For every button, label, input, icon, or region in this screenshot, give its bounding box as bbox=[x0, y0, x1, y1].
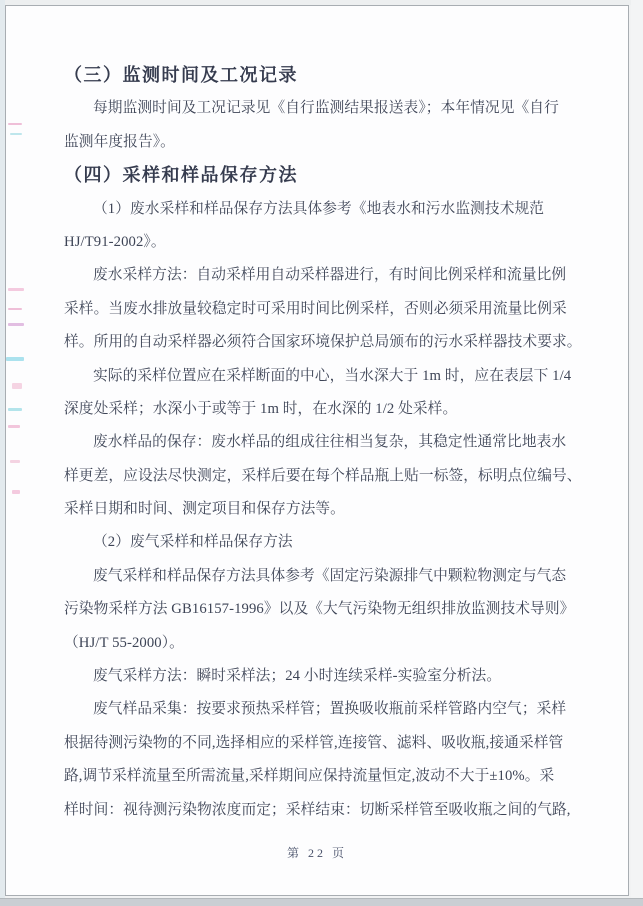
text-line: （1）废水采样和样品保存方法具体参考《地表水和污水监测技术规范 bbox=[64, 193, 584, 226]
section-heading: （三）监测时间及工况记录 bbox=[64, 59, 584, 92]
page-number: 第 22 页 bbox=[6, 844, 628, 861]
text-line: 废水样品的保存：废水样品的组成往往相当复杂，其稳定性通常比地表水 bbox=[64, 426, 584, 459]
scan-artifact bbox=[10, 133, 22, 135]
scan-artifact bbox=[8, 425, 20, 428]
text-line: （HJ/T 55-2000）。 bbox=[64, 627, 584, 660]
text-line: 根据待测污染物的不同,选择相应的采样管,连接管、滤料、吸收瓶,接通采样管 bbox=[64, 727, 584, 760]
scan-artifact bbox=[8, 323, 24, 326]
text-line: （2）废气采样和样品保存方法 bbox=[64, 526, 584, 559]
text-line: 采样日期和时间、测定项目和保存方法等。 bbox=[64, 493, 584, 526]
text-line: 样时间：视待测污染物浓度而定；采样结束：切断采样管至吸收瓶之间的气路, bbox=[64, 794, 584, 827]
text-line: HJ/T91-2002》。 bbox=[64, 226, 584, 259]
scan-artifact bbox=[8, 123, 22, 125]
scanned-document-screenshot: { "page": { "background": "#fdfdfe", "te… bbox=[0, 0, 643, 906]
text-line: 废气采样方法：瞬时采样法；24 小时连续采样-实验室分析法。 bbox=[64, 660, 584, 693]
scan-artifact bbox=[8, 408, 22, 411]
text-line: 污染物采样方法 GB16157-1996》以及《大气污染物无组织排放监测技术导则… bbox=[64, 593, 584, 626]
scan-edge-bottom bbox=[0, 898, 643, 906]
scan-artifact bbox=[6, 357, 24, 361]
text-line: 采样。当废水排放量较稳定时可采用时间比例采样，否则必须采用流量比例采 bbox=[64, 293, 584, 326]
text-line: 每期监测时间及工况记录见《自行监测结果报送表》；本年情况见《自行 bbox=[64, 92, 584, 125]
text-line: 样更差，应设法尽快测定，采样后要在每个样品瓶上贴一标签，标明点位编号、 bbox=[64, 460, 584, 493]
text-line: 废气样品采集：按要求预热采样管；置换吸收瓶前采样管路内空气；采样 bbox=[64, 693, 584, 726]
section-heading: （四）采样和样品保存方法 bbox=[64, 159, 584, 192]
text-line: 路,调节采样流量至所需流量,采样期间应保持流量恒定,波动不大于±10%。采 bbox=[64, 760, 584, 793]
scan-artifact bbox=[8, 308, 22, 310]
text-line: 监测年度报告》。 bbox=[64, 126, 584, 159]
text-line: 样。所用的自动采样器必须符合国家环境保护总局颁布的污水采样器技术要求。 bbox=[64, 326, 584, 359]
scan-artifact bbox=[12, 490, 20, 494]
scan-artifact bbox=[12, 383, 22, 389]
scan-edge-right bbox=[631, 0, 643, 906]
text-line: 废气采样和样品保存方法具体参考《固定污染源排气中颗粒物测定与气态 bbox=[64, 560, 584, 593]
scan-artifact bbox=[10, 460, 20, 463]
text-line: 废水采样方法：自动采样用自动采样器进行，有时间比例采样和流量比例 bbox=[64, 259, 584, 292]
scan-artifact bbox=[8, 288, 24, 291]
document-page: （三）监测时间及工况记录每期监测时间及工况记录见《自行监测结果报送表》；本年情况… bbox=[5, 5, 629, 896]
text-line: 深度处采样；水深小于或等于 1m 时，在水深的 1/2 处采样。 bbox=[64, 393, 584, 426]
document-body: （三）监测时间及工况记录每期监测时间及工况记录见《自行监测结果报送表》；本年情况… bbox=[64, 59, 584, 827]
text-line: 实际的采样位置应在采样断面的中心，当水深大于 1m 时，应在表层下 1/4 bbox=[64, 360, 584, 393]
